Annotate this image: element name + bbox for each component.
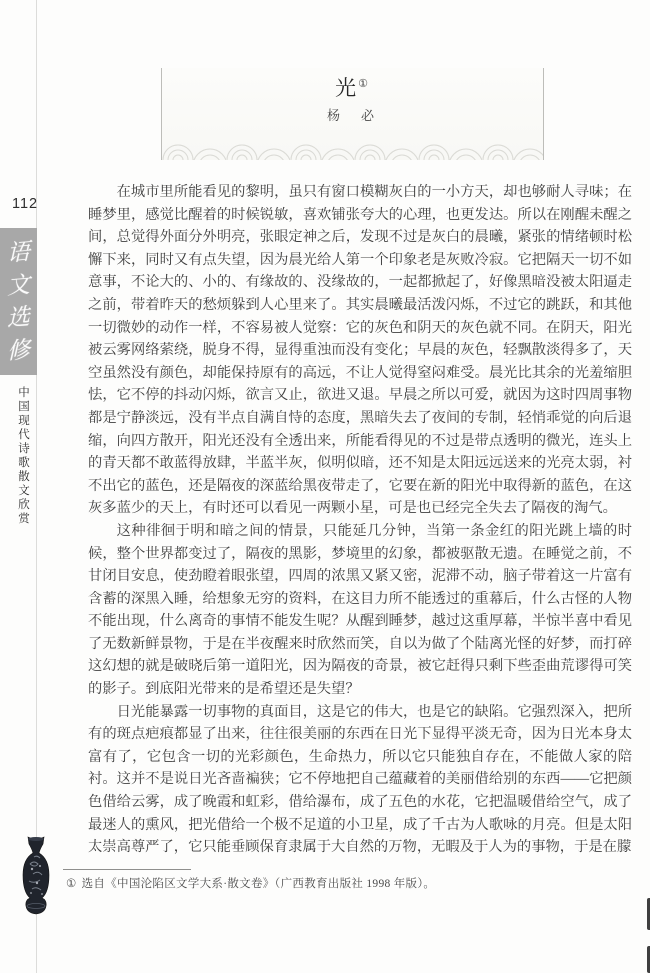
series-banner: 语文选修 [0, 228, 37, 375]
series-banner-char: 语 [7, 240, 30, 265]
essay-paragraph: 在城市里所能看见的黎明，虽只有窗口模糊灰白的一小方天，却也够耐人寻味；在睡梦里，… [88, 181, 632, 520]
footnote-text: 选自《中国沦陷区文学大系·散文卷》（广西教育出版社 1998 年版）。 [82, 878, 436, 890]
page-number: 112 [12, 196, 42, 212]
series-banner-char: 修 [7, 338, 30, 363]
cloud-wave-pattern [162, 126, 543, 160]
essay-paragraph: 这种徘徊于明和暗之间的情景，只能延几分钟，当第一条金红的阳光跳上墙的时候，整个世… [88, 520, 632, 701]
essay-paragraph: 日光能暴露一切事物的真面目，这是它的伟大，也是它的缺陷。它强烈深入，把所有的斑点… [88, 701, 632, 859]
essay-title: 光① [162, 77, 543, 100]
footnote-divider [63, 869, 191, 870]
series-banner-char: 文 [7, 273, 30, 298]
essay-author: 杨 必 [162, 105, 543, 124]
book-title-vertical: 中国现代诗歌散文欣赏 [15, 386, 31, 526]
footnote-reference: ① [358, 78, 370, 90]
essay-body: 在城市里所能看见的黎明，虽只有窗口模糊灰白的一小方天，却也够耐人寻味；在睡梦里，… [88, 181, 632, 859]
cloud-wave-ornament [162, 126, 543, 160]
page-margin-rule [36, 0, 37, 973]
vase-image [21, 836, 51, 924]
footnote: ①选自《中国沦陷区文学大系·散文卷》（广西教育出版社 1998 年版）。 [66, 875, 546, 891]
footnote-marker: ① [66, 878, 77, 890]
essay-header: 光① 杨 必 [161, 68, 544, 160]
series-banner-char: 选 [7, 305, 30, 330]
essay-title-text: 光 [335, 76, 358, 100]
vase-icon [21, 836, 51, 919]
